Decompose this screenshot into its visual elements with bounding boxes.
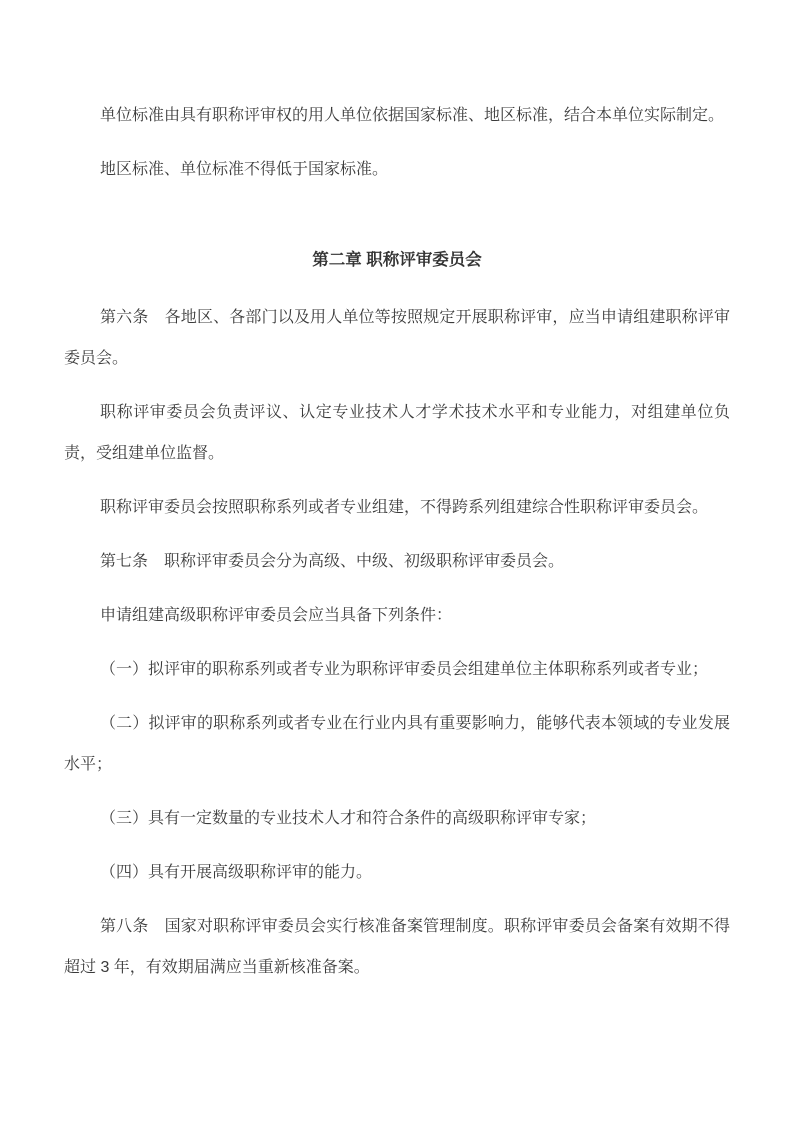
chapter-2-heading: 第二章 职称评审委员会: [64, 240, 730, 281]
paragraph-article-7: 第七条 职称评审委员会分为高级、中级、初级职称评审委员会。: [64, 541, 730, 582]
document-page: 单位标准由具有职称评审权的用人单位依据国家标准、地区标准，结合本单位实际制定。 …: [0, 0, 793, 1122]
paragraph-committee-duty: 职称评审委员会负责评议、认定专业技术人才学术技术水平和专业能力，对组建单位负责，…: [64, 392, 730, 474]
paragraph-condition-1: （一）拟评审的职称系列或者专业为职称评审委员会组建单位主体职称系列或者专业；: [64, 649, 730, 690]
paragraph-condition-4: （四）具有开展高级职称评审的能力。: [64, 852, 730, 893]
paragraph-condition-3: （三）具有一定数量的专业技术人才和符合条件的高级职称评审专家；: [64, 798, 730, 839]
paragraph-conditions-intro: 申请组建高级职称评审委员会应当具备下列条件：: [64, 595, 730, 636]
paragraph-region-standard: 地区标准、单位标准不得低于国家标准。: [64, 149, 730, 190]
paragraph-committee-formation: 职称评审委员会按照职称系列或者专业组建，不得跨系列组建综合性职称评审委员会。: [64, 487, 730, 528]
paragraph-article-6: 第六条 各地区、各部门以及用人单位等按照规定开展职称评审，应当申请组建职称评审委…: [64, 297, 730, 379]
paragraph-unit-standard: 单位标准由具有职称评审权的用人单位依据国家标准、地区标准，结合本单位实际制定。: [64, 95, 730, 136]
paragraph-condition-2: （二）拟评审的职称系列或者专业在行业内具有重要影响力，能够代表本领域的专业发展水…: [64, 703, 730, 785]
paragraph-article-8: 第八条 国家对职称评审委员会实行核准备案管理制度。职称评审委员会备案有效期不得超…: [64, 906, 730, 988]
